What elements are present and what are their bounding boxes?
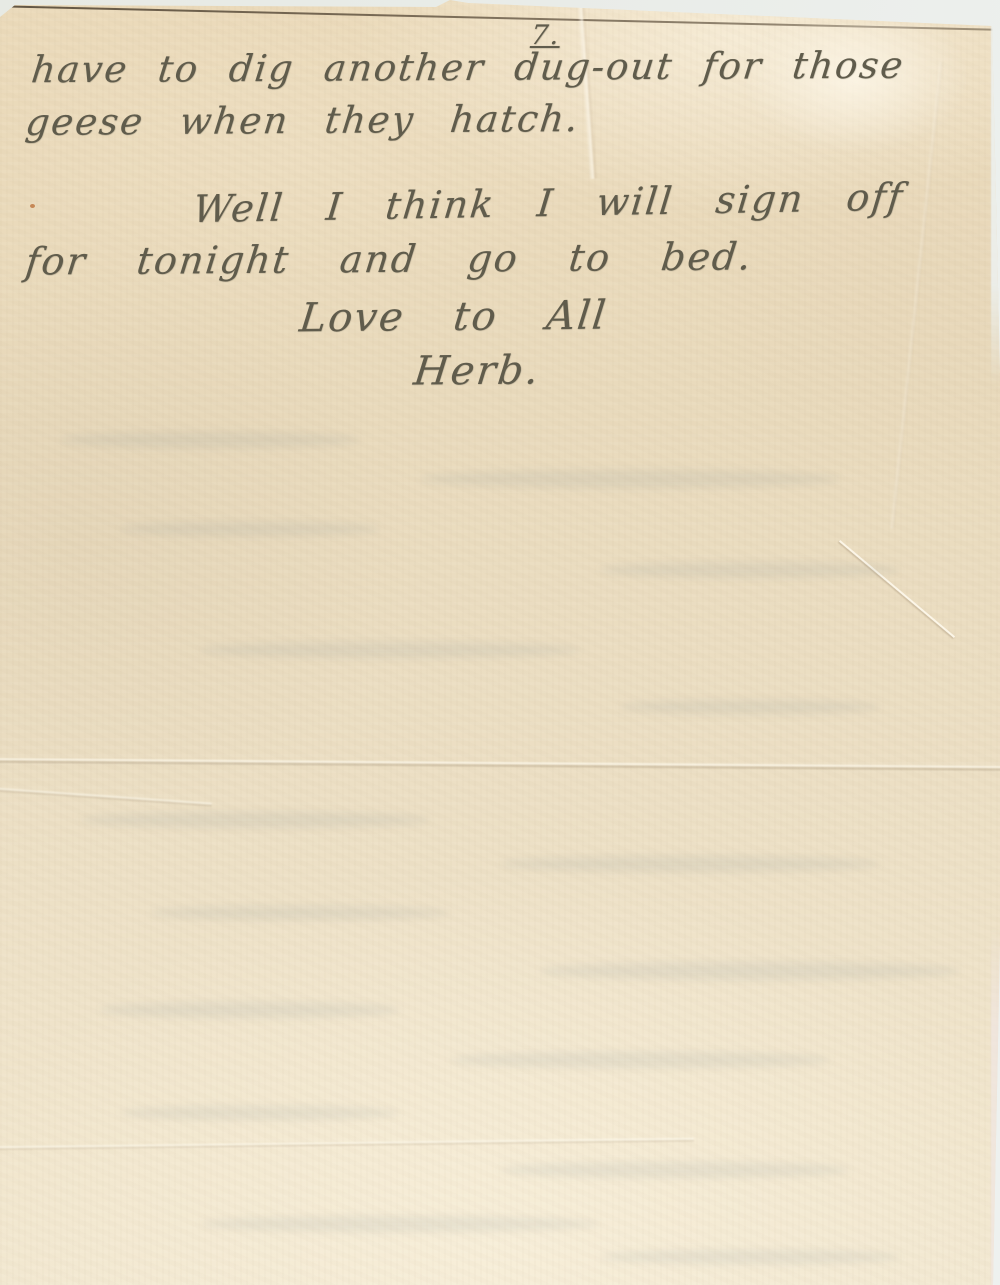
signoff-line: Love to All xyxy=(297,293,610,342)
ink-bleedthrough xyxy=(420,470,840,488)
ink-bleedthrough xyxy=(100,1002,400,1018)
ink-bleedthrough xyxy=(120,522,380,536)
ink-bleedthrough xyxy=(80,812,430,828)
handwritten-line: geese when they hatch. xyxy=(23,97,582,144)
ink-bleedthrough xyxy=(120,1106,400,1120)
handwritten-line: have to dig another dug-out for those xyxy=(29,44,907,92)
ink-bleedthrough xyxy=(200,642,580,658)
ink-bleedthrough xyxy=(150,906,450,920)
letter-page: 7. have to dig another dug-out for those… xyxy=(0,0,1000,1285)
ink-bleedthrough xyxy=(500,1162,850,1178)
ink-bleedthrough xyxy=(500,856,880,872)
ink-bleedthrough xyxy=(600,562,900,578)
paper-speck xyxy=(30,204,35,208)
ink-bleedthrough xyxy=(60,432,360,448)
ink-bleedthrough xyxy=(620,700,880,714)
signature: Herb. xyxy=(411,347,542,394)
ink-bleedthrough xyxy=(600,1250,900,1264)
ink-bleedthrough xyxy=(200,1216,600,1232)
ink-bleedthrough xyxy=(450,1052,830,1068)
ink-bleedthrough xyxy=(540,962,960,980)
handwritten-line: for tonight and go to bed. xyxy=(23,234,755,283)
